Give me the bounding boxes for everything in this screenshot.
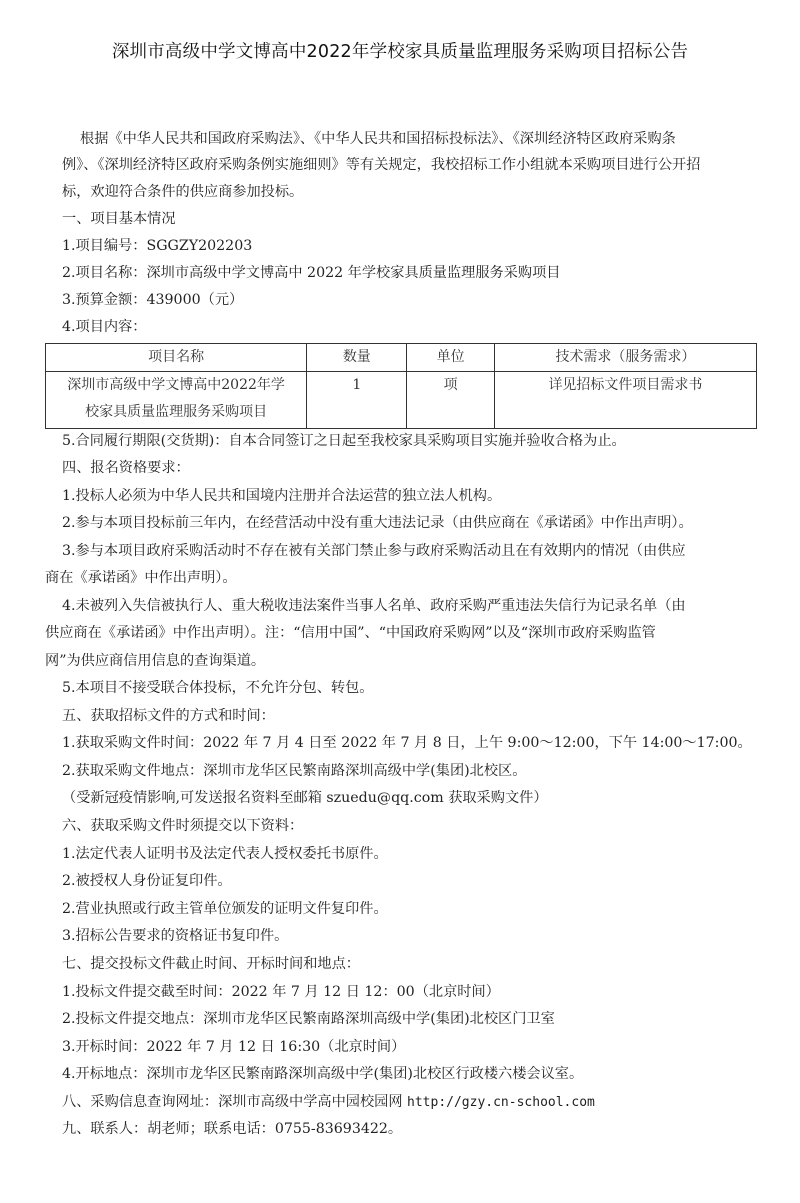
document-location: 2.获取采购文件地点：深圳市龙华区民繁南路深圳高级中学(集团)北校区。	[62, 761, 526, 781]
document-email-note: （受新冠疫情影响,可发送报名资料至邮箱 szuedu@qq.com 获取采购文件…	[62, 788, 548, 808]
qualification-2: 2.参与本项目投标前三年内，在经营活动中没有重大违法记录（由供应商在《承诺函》中…	[62, 513, 693, 533]
required-doc-2: 2.被授权人身份证复印件。	[62, 871, 232, 891]
project-number: 1.项目编号：SGGZY202203	[62, 236, 252, 256]
header-requirement: 技术需求（服务需求）	[494, 344, 756, 372]
qualification-5: 5.本项目不接受联合体投标，不允许分包、转包。	[62, 678, 373, 698]
submission-location: 2.投标文件提交地点：深圳市龙华区民繁南路深圳高级中学(集团)北校区门卫室	[62, 1009, 555, 1029]
section9-contact: 九、联系人：胡老师；联系电话：0755-83693422。	[62, 1119, 402, 1139]
cell-project-name-line1: 深圳市高级中学文博高中2022年学	[46, 372, 306, 399]
qualification-4a: 4.未被列入失信被执行人、重大税收违法案件当事人名单、政府采购严重违法失信行为记…	[62, 596, 686, 616]
section8-info-website: 八、采购信息查询网址：深圳市高级中学高中园校园网 http://gzy.cn-s…	[62, 1092, 595, 1113]
submission-deadline: 1.投标文件提交截至时间：2022 年 7 月 12 日 12：00（北京时间）	[62, 982, 500, 1002]
intro-line-3: 标，欢迎符合条件的供应商参加投标。	[62, 182, 303, 202]
section5-heading: 五、获取招标文件的方式和时间：	[62, 706, 275, 726]
cell-requirement: 详见招标文件项目需求书	[494, 372, 756, 429]
qualification-3a: 3.参与本项目政府采购活动时不存在被有关部门禁止参与政府采购活动且在有效期内的情…	[62, 541, 686, 561]
qualification-1: 1.投标人必须为中华人民共和国境内注册并合法运营的独立法人机构。	[62, 486, 501, 506]
project-name: 2.项目名称：深圳市高级中学文博高中 2022 年学校家具质量监理服务采购项目	[62, 263, 560, 283]
required-doc-4: 3.招标公告要求的资格证书复印件。	[62, 926, 288, 946]
website-label: 八、采购信息查询网址：深圳市高级中学高中园校园网	[62, 1094, 407, 1110]
section7-heading: 七、提交投标文件截止时间、开标时间和地点：	[62, 954, 360, 974]
table-header-row: 项目名称 数量 单位 技术需求（服务需求）	[46, 344, 757, 372]
table-row: 深圳市高级中学文博高中2022年学 校家具质量监理服务采购项目 1 项 详见招标…	[46, 372, 757, 429]
header-quantity: 数量	[307, 344, 407, 372]
project-content-label: 4.项目内容：	[62, 317, 146, 337]
header-unit: 单位	[407, 344, 494, 372]
project-content-table: 项目名称 数量 单位 技术需求（服务需求） 深圳市高级中学文博高中2022年学 …	[45, 343, 757, 429]
qualification-4b: 供应商在《承诺函》中作出声明）。注：“信用中国”、“中国政府采购网”以及“深圳市…	[45, 623, 656, 643]
document-time: 1.获取采购文件时间：2022 年 7 月 4 日至 2022 年 7 月 8 …	[62, 733, 752, 753]
cell-unit: 项	[407, 372, 494, 429]
cell-project-name: 深圳市高级中学文博高中2022年学 校家具质量监理服务采购项目	[46, 372, 307, 429]
website-link[interactable]: http://gzy.cn-school.com	[407, 1095, 595, 1110]
header-project-name: 项目名称	[46, 344, 307, 372]
opening-location: 4.开标地点：深圳市龙华区民繁南路深圳高级中学(集团)北校区行政楼六楼会议室。	[62, 1064, 583, 1084]
contract-period: 5.合同履行期限(交货期)：自本合同签订之日起至我校家具采购项目实施并验收合格为…	[62, 431, 626, 451]
intro-line-2: 例》、《深圳经济特区政府采购条例实施细则》等有关规定，我校招标工作小组就本采购项…	[62, 155, 700, 175]
intro-line-1: 根据《中华人民共和国政府采购法》、《中华人民共和国招标投标法》、《深圳经济特区政…	[80, 129, 676, 149]
budget-amount: 3.预算金额：439000（元）	[62, 290, 243, 310]
page-title: 深圳市高级中学文博高中2022年学校家具质量监理服务采购项目招标公告	[0, 38, 800, 63]
section1-heading: 一、项目基本情况	[62, 209, 176, 229]
opening-time: 3.开标时间：2022 年 7 月 12 日 16:30（北京时间）	[62, 1037, 405, 1057]
section6-heading: 六、获取采购文件时须提交以下资料：	[62, 816, 303, 836]
cell-quantity: 1	[307, 372, 407, 429]
required-doc-1: 1.法定代表人证明书及法定代表人授权委托书原件。	[62, 844, 388, 864]
section4-heading: 四、报名资格要求：	[62, 458, 190, 478]
qualification-3b: 商在《承诺函》中作出声明）。	[45, 568, 237, 588]
cell-project-name-line2: 校家具质量监理服务采购项目	[46, 399, 306, 426]
qualification-4c: 网”为供应商信用信息的查询渠道。	[45, 651, 265, 671]
required-doc-3: 2.营业执照或行政主管单位颁发的证明文件复印件。	[62, 899, 388, 919]
